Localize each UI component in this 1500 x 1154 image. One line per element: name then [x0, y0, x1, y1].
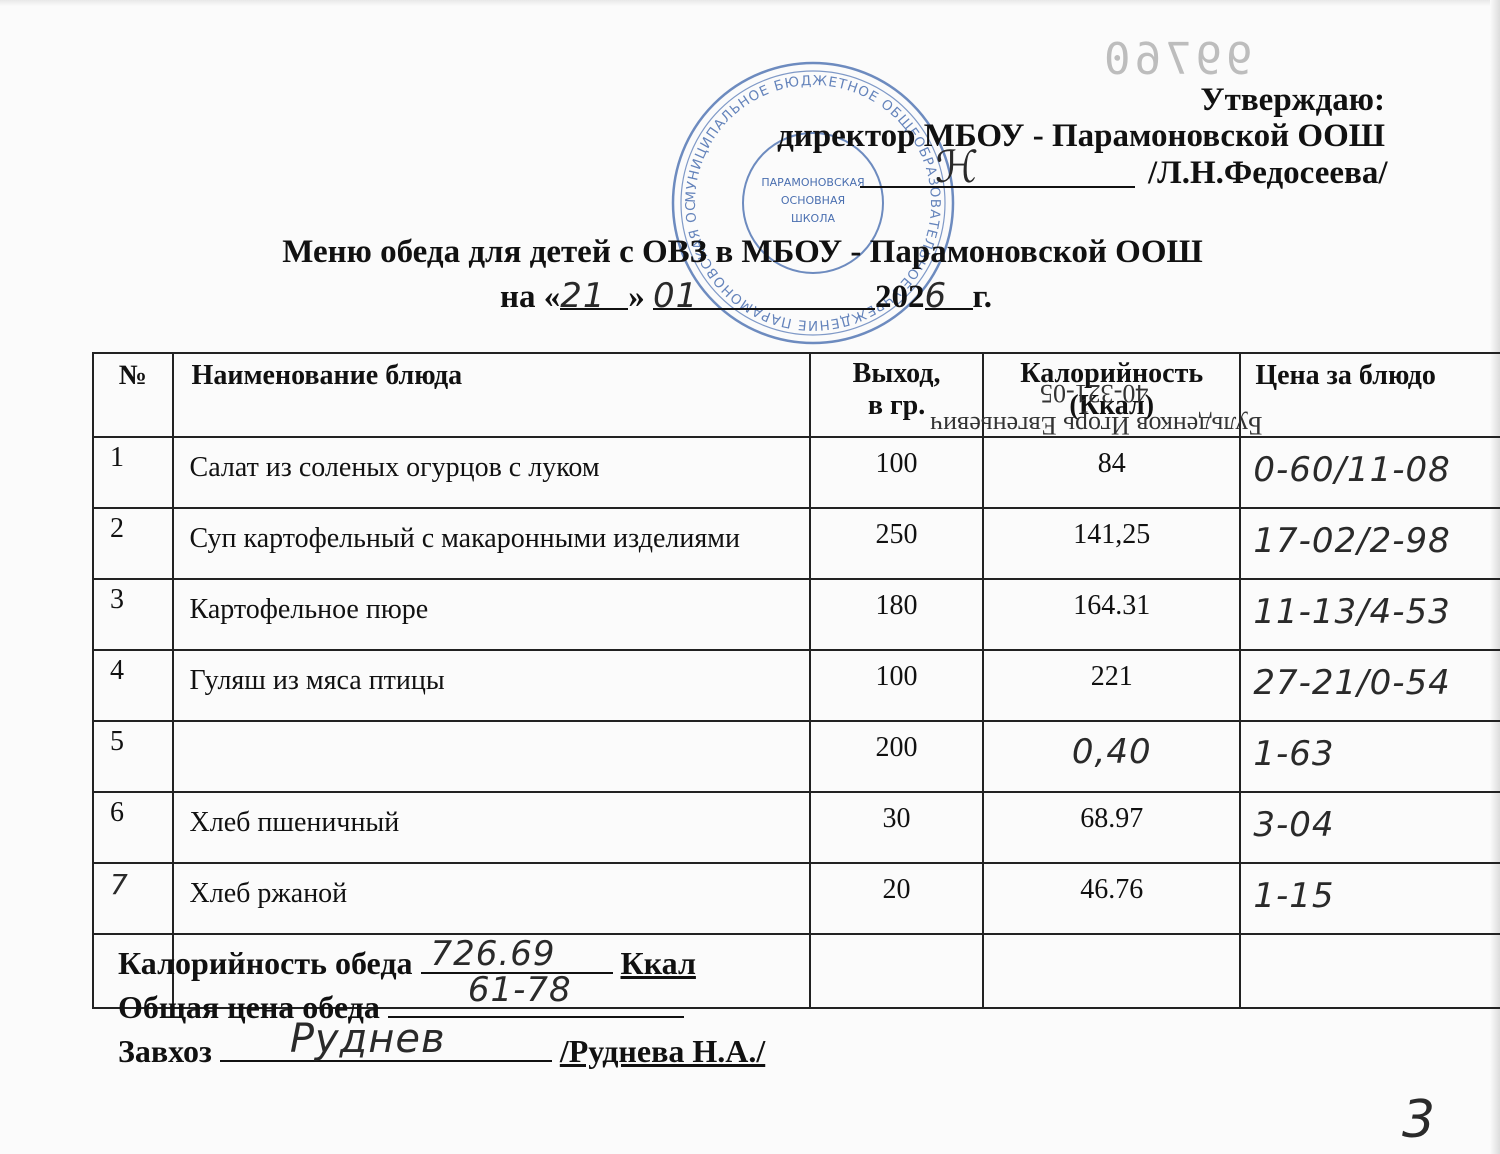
footer-price-field: 61-78: [388, 986, 684, 1018]
cell-yield-value: 100: [876, 661, 918, 692]
table-row: 6Хлеб пшеничный3068.973-04: [93, 792, 1500, 863]
cell-num: 3: [93, 579, 173, 650]
cell-yield: 100: [810, 437, 983, 508]
cell-name-value: Салат из соленых огурцов с луком: [190, 452, 600, 483]
date-year-field: 6: [925, 276, 973, 310]
header-name: Наименование блюда: [173, 353, 810, 437]
cell-kcal-value: 0,40: [1072, 732, 1152, 772]
cell-kcal-value: 141,25: [1073, 519, 1150, 550]
director-signature-line: [860, 186, 1135, 188]
cell-kcal: 141,25: [983, 508, 1240, 579]
cell-name-value: Хлеб ржаной: [190, 878, 348, 909]
cell-name: Суп картофельный с макаронными изделиями: [173, 508, 810, 579]
header-num: №: [93, 353, 173, 437]
cell-price: 1-63: [1240, 721, 1500, 792]
cell-yield-value: 20: [883, 874, 911, 905]
cell-yield-value: 200: [876, 732, 918, 763]
cell-price: 27-21/0-54: [1240, 650, 1500, 721]
date-month-field: 01: [653, 276, 875, 310]
director-name: /Л.Н.Федосеева/: [1148, 155, 1388, 192]
cell-yield: 180: [810, 579, 983, 650]
show-through-name: Бульденков Игорь Евгеньевич: [930, 410, 1263, 440]
cell-kcal: 68.97: [983, 792, 1240, 863]
stamp-center-line-2: ОСНОВНАЯ: [781, 194, 845, 207]
page-number: 3: [1402, 1090, 1436, 1150]
cell-kcal: 84: [983, 437, 1240, 508]
cell-num-value: 6: [110, 797, 124, 828]
footer-manager-signature-field: Руднев: [220, 1030, 552, 1062]
director-signature: ℋ: [935, 142, 979, 193]
stamp-center-line-1: ПАРАМОНОВСКАЯ: [761, 176, 864, 189]
date-prefix: на «: [500, 279, 560, 315]
footer-price-value: 61-78: [468, 970, 572, 1010]
show-through-code: 40-321-05: [1040, 378, 1148, 408]
cell-price-value: 1-63: [1253, 734, 1334, 774]
cell-num: 7: [93, 863, 173, 934]
cell-price-value: 27-21/0-54: [1253, 663, 1450, 703]
cell-num-value: 5: [110, 726, 124, 757]
header-price: Цена за блюдо: [1240, 353, 1500, 437]
cell-price: 1-15: [1240, 863, 1500, 934]
footer-manager: Завхоз Руднев /Руднева Н.А./: [118, 1030, 765, 1070]
table-row: 3Картофельное пюре180164.3111-13/4-53: [93, 579, 1500, 650]
date-day-field: 21: [560, 276, 628, 310]
table-row: 1Салат из соленых огурцов с луком100840-…: [93, 437, 1500, 508]
cell-name-value: Хлеб пшеничный: [190, 807, 400, 838]
cell-num: 6: [93, 792, 173, 863]
date-year-prefix: 202: [875, 279, 925, 315]
footer-kcal: Калорийность обеда 726.69 Ккал: [118, 942, 696, 982]
date-suffix: г.: [973, 279, 993, 315]
cell-num-value: 7: [110, 868, 129, 901]
cell-yield: 30: [810, 792, 983, 863]
cell-yield: 200: [810, 721, 983, 792]
cell-name: Салат из соленых огурцов с луком: [173, 437, 810, 508]
cell-kcal: 221: [983, 650, 1240, 721]
cell-yield-value: 30: [883, 803, 911, 834]
date-mid: »: [628, 279, 645, 315]
cell-kcal: [983, 934, 1240, 1008]
cell-kcal-value: 221: [1091, 661, 1133, 692]
cell-num: 5: [93, 721, 173, 792]
cell-price-value: 11-13/4-53: [1253, 592, 1450, 632]
cell-yield: 20: [810, 863, 983, 934]
cell-num-value: 1: [110, 442, 124, 473]
date-month: 01: [653, 276, 698, 316]
cell-kcal: 164.31: [983, 579, 1240, 650]
director-position: директор МБОУ - Парамоновской ООШ: [777, 118, 1385, 155]
cell-kcal-value: 68.97: [1080, 803, 1143, 834]
cell-yield-value: 180: [876, 590, 918, 621]
cell-num-value: 3: [110, 584, 124, 615]
table-row: 4Гуляш из мяса птицы10022127-21/0-54: [93, 650, 1500, 721]
cell-price: [1240, 934, 1500, 1008]
table-row: 7Хлеб ржаной2046.761-15: [93, 863, 1500, 934]
approval-heading: Утверждаю:: [1200, 82, 1385, 119]
cell-kcal-value: 46.76: [1080, 874, 1143, 905]
cell-price-value: 1-15: [1253, 876, 1334, 916]
header-yield-line1: Выход,: [811, 358, 982, 390]
cell-name: Гуляш из мяса птицы: [173, 650, 810, 721]
date-year-digit: 6: [925, 276, 948, 316]
footer-manager-signature: Руднев: [290, 1016, 446, 1062]
table-row: 52000,401-63: [93, 721, 1500, 792]
cell-price: 11-13/4-53: [1240, 579, 1500, 650]
menu-table: № Наименование блюда Выход, в гр. Калори…: [92, 352, 1500, 1009]
menu-title: Меню обеда для детей с ОВЗ в МБОУ - Пара…: [0, 234, 1500, 271]
cell-name-value: Картофельное пюре: [190, 594, 429, 625]
cell-price: 0-60/11-08: [1240, 437, 1500, 508]
cell-yield: 250: [810, 508, 983, 579]
cell-yield-value: 100: [876, 448, 918, 479]
cell-kcal: 0,40: [983, 721, 1240, 792]
menu-date: на «21» 012026г.: [500, 276, 992, 316]
cell-num: 4: [93, 650, 173, 721]
cell-price-value: 17-02/2-98: [1253, 521, 1450, 561]
scan-edge-top: [0, 0, 1500, 6]
cell-kcal: 46.76: [983, 863, 1240, 934]
cell-yield: 100: [810, 650, 983, 721]
cell-num-value: 2: [110, 513, 124, 544]
footer-kcal-value: 726.69: [431, 934, 556, 974]
cell-kcal-value: 84: [1098, 448, 1126, 479]
cell-kcal-value: 164.31: [1073, 590, 1150, 621]
cell-name-value: Гуляш из мяса птицы: [190, 665, 445, 696]
serial-number-mirrored: 99760: [1100, 34, 1252, 85]
cell-name-value: Суп картофельный с макаронными изделиями: [190, 523, 740, 554]
cell-yield-value: 250: [876, 519, 918, 550]
footer-kcal-unit: Ккал: [621, 945, 696, 981]
footer-manager-name: /Руднева Н.А./: [560, 1033, 765, 1069]
table-row: 2Суп картофельный с макаронными изделиям…: [93, 508, 1500, 579]
cell-num: 1: [93, 437, 173, 508]
footer-kcal-label: Калорийность обеда: [118, 945, 413, 981]
cell-name: Картофельное пюре: [173, 579, 810, 650]
cell-name: [173, 721, 810, 792]
stamp-center-line-3: ШКОЛА: [791, 212, 836, 225]
cell-price: 3-04: [1240, 792, 1500, 863]
cell-price-value: 3-04: [1253, 805, 1334, 845]
cell-name: Хлеб пшеничный: [173, 792, 810, 863]
cell-yield: [810, 934, 983, 1008]
date-day: 21: [560, 276, 605, 316]
footer-manager-label: Завхоз: [118, 1033, 212, 1069]
cell-num-value: 4: [110, 655, 124, 686]
cell-price: 17-02/2-98: [1240, 508, 1500, 579]
cell-num: 2: [93, 508, 173, 579]
cell-price-value: 0-60/11-08: [1253, 450, 1450, 490]
table-body: 1Салат из соленых огурцов с луком100840-…: [93, 437, 1500, 1008]
table-header-row: № Наименование блюда Выход, в гр. Калори…: [93, 353, 1500, 437]
cell-name: Хлеб ржаной: [173, 863, 810, 934]
